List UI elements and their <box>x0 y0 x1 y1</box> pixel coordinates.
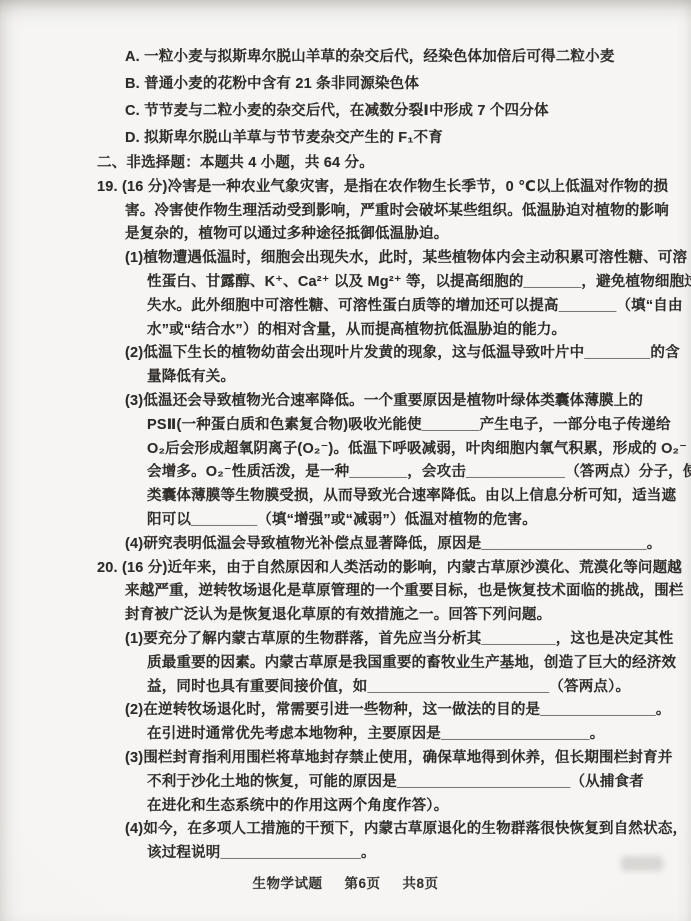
q20-part2-line-2: 在引进时通常优先考虑本地物种，主要原因是__________________。 <box>0 723 691 747</box>
q19-part3-line-5: 类囊体薄膜等生物膜受损，从而导致光合速率降低。由以上信息分析可知，适当遮 <box>0 485 691 509</box>
q20-stem-line-1: 20. (16 分)近年来，由于自然原因和人类活动的影响，内蒙古草原沙漠化、荒漠… <box>0 557 691 581</box>
q20-stem-line-2: 来越严重，逆转牧场退化是草原管理的一个重要目标，也是恢复技术面临的挑战，围栏 <box>0 580 691 604</box>
q20-part3-line-3: 在进化和生态系统中的作用这两个角度作答）。 <box>0 795 691 819</box>
footer-total-pages: 共8页 <box>403 876 439 891</box>
q20-part3-line-1: (3)围栏封育指利用围栏将草地封存禁止使用，确保草地得到休养，但长期围栏封育并 <box>0 747 691 771</box>
q19-part1-line-4: 水”或“结合水”）的相对含量，从而提高植物抗低温胁迫的能力。 <box>0 319 691 343</box>
exam-paper-page: A. 一粒小麦与拟斯卑尔脱山羊草的杂交后代，经染色体加倍后可得二粒小麦 B. 普… <box>0 0 691 921</box>
q19-part4-line-1: (4)研究表明低温会导致植物光补偿点显著降低，原因是______________… <box>0 533 691 557</box>
q20-part1-line-1: (1)要充分了解内蒙古草原的生物群落，首先应当分析其_________，这也是决… <box>0 628 691 652</box>
q20-part1-line-2: 质最重要的因素。内蒙古草原是我国重要的畜牧业生产基地，创造了巨大的经济效 <box>0 652 691 676</box>
footer-exam-title: 生物学试题 <box>252 876 322 891</box>
q20-part1-line-3: 益，同时也具有重要间接价值，如______________________（答两… <box>0 676 691 700</box>
q19-part3-line-4: 会增多。O₂⁻性质活泼，是一种_______，会攻击____________（答… <box>0 461 691 485</box>
option-b: B. 普通小麦的花粉中含有 21 条非同源染色体 <box>0 71 691 98</box>
q19-part2-line-1: (2)低温下生长的植物幼苗会出现叶片发黄的现象，这与低温导致叶片中_______… <box>0 342 691 366</box>
option-a: A. 一粒小麦与拟斯卑尔脱山羊草的杂交后代，经染色体加倍后可得二粒小麦 <box>0 44 691 71</box>
choice-options-block: A. 一粒小麦与拟斯卑尔脱山羊草的杂交后代，经染色体加倍后可得二粒小麦 B. 普… <box>0 44 691 152</box>
q20-part3-line-2: 不利于沙化土地的恢复，可能的原因是_____________________（从… <box>0 771 691 795</box>
page-content: A. 一粒小麦与拟斯卑尔脱山羊草的杂交后代，经染色体加倍后可得二粒小麦 B. 普… <box>0 44 691 866</box>
q19-part2-line-2: 量降低有关。 <box>0 366 691 390</box>
q19-part1-line-2: 性蛋白、甘露醇、K⁺、Ca²⁺ 以及 Mg²⁺ 等，以提高细胞的_______，… <box>0 271 691 295</box>
page-footer: 生物学试题第6页共8页 <box>0 872 691 892</box>
q19-stem-line-2: 害。冷害使作物生理活动受到影响，严重时会破坏某些组织。低温胁迫对植物的影响 <box>0 200 691 224</box>
option-d: D. 拟斯卑尔脱山羊草与节节麦杂交产生的 F₁不育 <box>0 125 691 152</box>
q19-stem-line-1: 19. (16 分)冷害是一种农业气象灾害，是指在农作物生长季节，0 ℃以上低温… <box>0 176 691 200</box>
q19-part3-line-3: O₂后会形成超氧阴离子(O₂⁻)。低温下呼吸减弱，叶肉细胞内氧气积累，形成的 O… <box>0 438 691 462</box>
q19-stem-line-3: 是复杂的，植物可以通过多种途径抵御低温胁迫。 <box>0 223 691 247</box>
option-c: C. 节节麦与二粒小麦的杂交后代，在减数分裂Ⅰ中形成 7 个四分体 <box>0 98 691 125</box>
q19-part1-line-3: 失水。此外细胞中可溶性糖、可溶性蛋白质等的增加还可以提高_______（填“自由 <box>0 295 691 319</box>
q19-part3-line-1: (3)低温还会导致植物光合速率降低。一个重要原因是植物叶绿体类囊体薄膜上的 <box>0 390 691 414</box>
section-header: 二、非选择题：本题共 4 小题，共 64 分。 <box>0 152 691 176</box>
q20-part2-line-1: (2)在逆转牧场退化时，常需要引进一些物种，这一做法的目的是__________… <box>0 699 691 723</box>
q19-part3-line-6: 阳可以________（填“增强”或“减弱”）低温对植物的危害。 <box>0 509 691 533</box>
faint-watermark <box>621 856 663 871</box>
question-19: 19. (16 分)冷害是一种农业气象灾害，是指在农作物生长季节，0 ℃以上低温… <box>0 176 691 557</box>
footer-page-number: 第6页 <box>344 876 380 891</box>
q20-part4-line-2: 该过程说明_________________。 <box>0 842 691 866</box>
question-20: 20. (16 分)近年来，由于自然原因和人类活动的影响，内蒙古草原沙漠化、荒漠… <box>0 557 691 866</box>
q19-part3-line-2: PSⅡ(一种蛋白质和色素复合物)吸收光能使_______产生电子，一部分电子传递… <box>0 414 691 438</box>
q20-part4-line-1: (4)如今，在多项人工措施的干预下，内蒙古草原退化的生物群落很快恢复到自然状态， <box>0 818 691 842</box>
q20-stem-line-3: 封育被广泛认为是恢复退化草原的有效措施之一。回答下列问题。 <box>0 604 691 628</box>
q19-part1-line-1: (1)植物遭遇低温时，细胞会出现失水，此时，某些植物体内会主动积累可溶性糖、可溶 <box>0 247 691 271</box>
